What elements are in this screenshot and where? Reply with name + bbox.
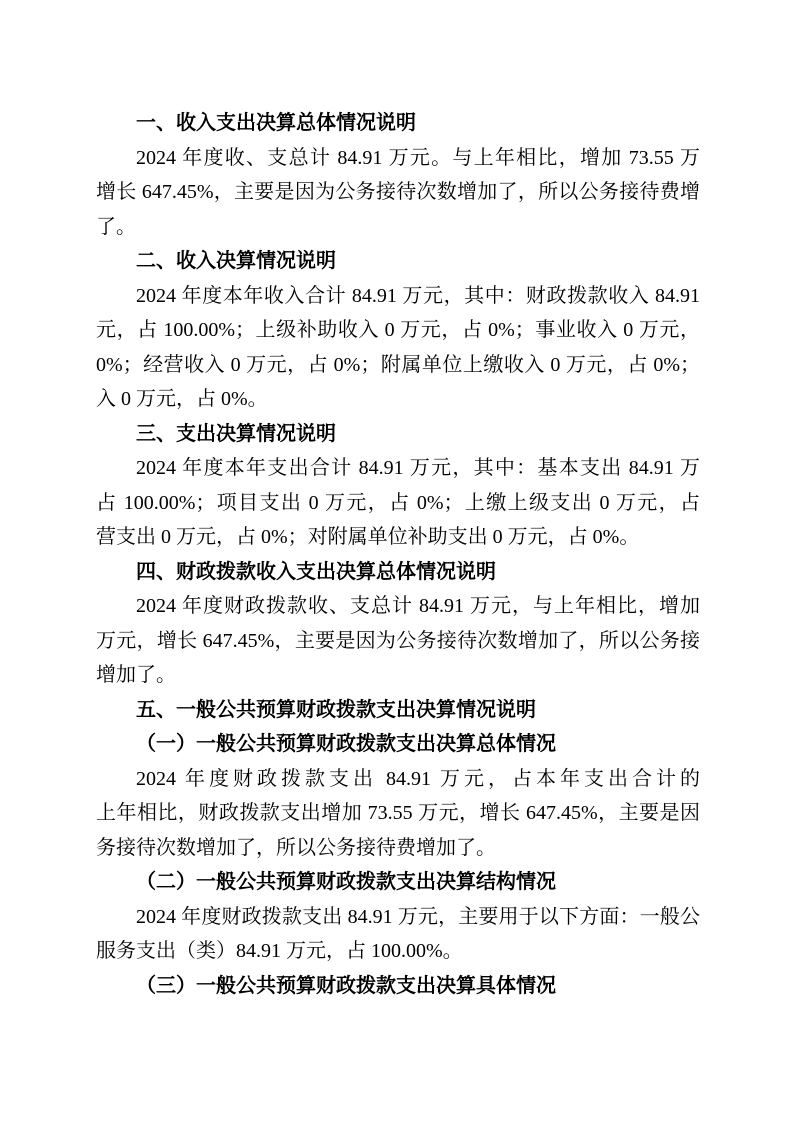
body-text-line: 营支出 0 万元，占 0%；对附属单位补助支出 0 万元，占 0%。 <box>96 520 700 555</box>
body-text-line: 上年相比，财政拨款支出增加 73.55 万元，增长 647.45%，主要是因为公 <box>96 796 700 831</box>
body-text-line: 2024 年度财政拨款收、支总计 84.91 万元，与上年相比，增加 73.55 <box>96 589 700 624</box>
body-text-line: 2024 年度财政拨款支出 84.91 万元，主要用于以下方面：一般公共 <box>96 900 700 935</box>
section-heading: 二、收入决算情况说明 <box>96 244 700 279</box>
body-text-line: 务接待次数增加了，所以公务接待费增加了。 <box>96 831 700 866</box>
body-text-line: 占 100.00%；项目支出 0 万元，占 0%；上缴上级支出 0 万元，占 0… <box>96 486 700 521</box>
body-text-line: 0%；经营收入 0 万元，占 0%；附属单位上缴收入 0 万元，占 0%；其他收 <box>96 348 700 383</box>
body-text-line: 增加了。 <box>96 658 700 693</box>
body-text-line: 2024 年度本年支出合计 84.91 万元，其中：基本支出 84.91 万元， <box>96 451 700 486</box>
body-text-line: 2024 年度本年收入合计 84.91 万元，其中：财政拨款收入 84.91 万 <box>96 279 700 314</box>
document-body: 一、收入支出决算总体情况说明2024 年度收、支总计 84.91 万元。与上年相… <box>96 106 700 1003</box>
body-text-line: 了。 <box>96 210 700 245</box>
body-text-line: 万元，增长 647.45%，主要是因为公务接待次数增加了，所以公务接待费 <box>96 624 700 659</box>
section-heading: 三、支出决算情况说明 <box>96 417 700 452</box>
body-text-line: 2024 年度财政拨款支出 84.91 万元，占本年支出合计的 100.00%，… <box>96 762 700 797</box>
body-text-line: 入 0 万元，占 0%。 <box>96 382 700 417</box>
section-heading: 一、收入支出决算总体情况说明 <box>96 106 700 141</box>
body-text-line: 元，占 100.00%；上级补助收入 0 万元，占 0%；事业收入 0 万元，占 <box>96 313 700 348</box>
section-heading: （二）一般公共预算财政拨款支出决算结构情况 <box>96 865 700 900</box>
document-page: 一、收入支出决算总体情况说明2024 年度收、支总计 84.91 万元。与上年相… <box>0 0 793 1122</box>
section-heading: 五、一般公共预算财政拨款支出决算情况说明 <box>96 693 700 728</box>
body-text-line: 服务支出（类）84.91 万元，占 100.00%。 <box>96 934 700 969</box>
body-text-line: 增长 647.45%，主要是因为公务接待次数增加了，所以公务接待费增加 <box>96 175 700 210</box>
section-heading: （三）一般公共预算财政拨款支出决算具体情况 <box>96 969 700 1004</box>
body-text-line: 2024 年度收、支总计 84.91 万元。与上年相比，增加 73.55 万元， <box>96 141 700 176</box>
section-heading: 四、财政拨款收入支出决算总体情况说明 <box>96 555 700 590</box>
section-heading: （一）一般公共预算财政拨款支出决算总体情况 <box>96 727 700 762</box>
